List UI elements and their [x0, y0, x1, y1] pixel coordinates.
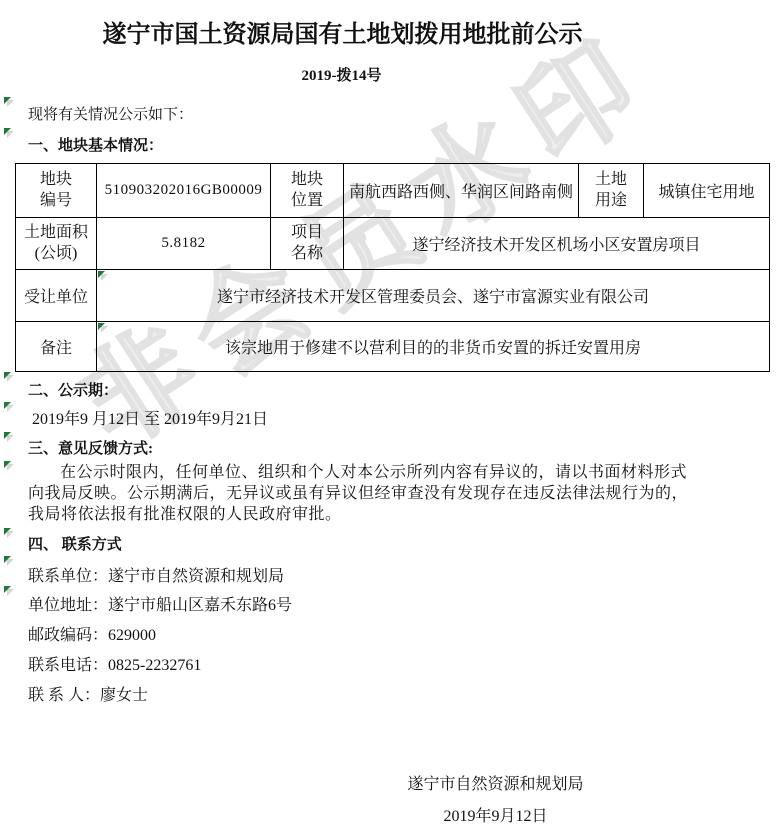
paragraph-line: 在公示时限内，任何单位、组织和个人对本公示所列内容有异议的，请以书面材料形式	[28, 462, 704, 483]
section-3-heading: 三、意见反馈方式:	[28, 437, 153, 458]
intro-text: 现将有关情况公示如下：	[28, 103, 193, 124]
revision-mark-icon	[98, 323, 108, 333]
revision-mark-icon	[4, 128, 14, 138]
section-4-heading: 四、 联系方式	[28, 533, 122, 554]
revision-mark-icon	[4, 586, 14, 596]
land-info-table: 地块编号 510903202016GB00009 地块位置 南航西路西侧、华润区…	[15, 163, 770, 372]
paragraph-line: 我局将依法报有批准权限的人民政府审批。	[28, 504, 704, 525]
footer-date: 2019年9月12日	[300, 803, 691, 826]
revision-mark-icon	[4, 528, 14, 538]
plot-number-value: 510903202016GB00009	[97, 164, 271, 218]
table-row: 受让单位 遂宁市经济技术开发区管理委员会、遂宁市富源实业有限公司	[16, 270, 770, 322]
revision-mark-icon	[98, 271, 108, 281]
table-row: 土地面积(公顷) 5.8182 项目名称 遂宁经济技术开发区机场小区安置房项目	[16, 218, 770, 270]
land-use-label: 土地用途	[579, 164, 644, 218]
transferee-label: 受让单位	[16, 270, 97, 322]
publicity-period: 2019年9 月12日 至 2019年9月21日	[32, 406, 268, 429]
revision-mark-icon	[4, 402, 14, 412]
contact-phone-line: 联系电话：0825-2232761	[28, 652, 201, 675]
area-label: 土地面积(公顷)	[16, 218, 97, 270]
footer-organization: 遂宁市自然资源和规划局	[300, 771, 691, 794]
feedback-paragraph: 在公示时限内，任何单位、组织和个人对本公示所列内容有异议的，请以书面材料形式 向…	[28, 462, 704, 525]
contact-unit-line: 联系单位：遂宁市自然资源和规划局	[28, 563, 284, 586]
doc-number: 2019-拨14号	[0, 64, 683, 85]
revision-mark-icon	[4, 372, 14, 382]
transferee-value: 遂宁市经济技术开发区管理委员会、遂宁市富源实业有限公司	[97, 270, 770, 322]
table-row: 地块编号 510903202016GB00009 地块位置 南航西路西侧、华润区…	[16, 164, 770, 218]
remark-value: 该宗地用于修建不以营利目的的非货币安置的拆迁安置用房	[97, 322, 770, 372]
remark-label: 备注	[16, 322, 97, 372]
location-value: 南航西路西侧、华润区间路南侧	[344, 164, 579, 218]
location-label: 地块位置	[271, 164, 344, 218]
project-label: 项目名称	[271, 218, 344, 270]
contact-postcode-line: 邮政编码：629000	[28, 622, 156, 645]
notice-document: 非会员水印 遂宁市国土资源局国有土地划拨用地批前公示 2019-拨14号 现将有…	[0, 0, 784, 836]
land-use-value: 城镇住宅用地	[644, 164, 770, 218]
table-row: 备注 该宗地用于修建不以营利目的的非货币安置的拆迁安置用房	[16, 322, 770, 372]
revision-mark-icon	[4, 461, 14, 471]
revision-mark-icon	[4, 432, 14, 442]
page-title: 遂宁市国土资源局国有土地划拨用地批前公示	[0, 14, 685, 49]
contact-address-line: 单位地址：遂宁市船山区嘉禾东路6号	[28, 592, 292, 615]
plot-number-label: 地块编号	[16, 164, 97, 218]
section-2-heading: 二、公示期：	[28, 379, 118, 400]
contact-person-line: 联 系 人：廖女士	[28, 682, 148, 705]
revision-mark-icon	[4, 97, 14, 107]
section-1-heading: 一、地块基本情况：	[28, 134, 163, 155]
project-value: 遂宁经济技术开发区机场小区安置房项目	[344, 218, 770, 270]
paragraph-line: 向我局反映。公示期满后，无异议或虽有异议但经审查没有发现存在违反法律法规行为的，	[28, 483, 704, 504]
revision-mark-icon	[4, 556, 14, 566]
area-value: 5.8182	[97, 218, 271, 270]
